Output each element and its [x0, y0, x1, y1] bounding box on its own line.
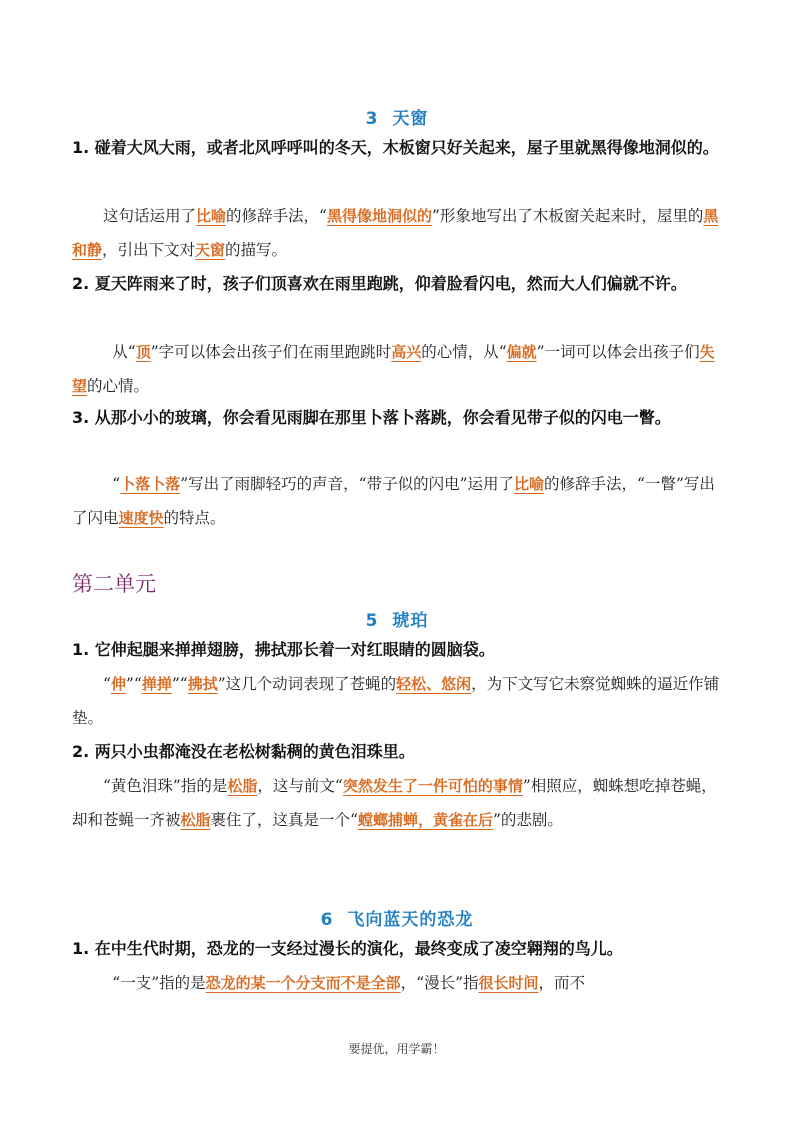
answer-text: “一支”指的是	[112, 974, 205, 992]
answer-text: ，“漫长”指	[401, 974, 479, 992]
page-footer: 要提优，用学霸！	[0, 1040, 793, 1057]
answer: “伸”“掸掸”“拂拭”这几个动词表现了苍蝇的轻松、悠闲，为下文写它未察觉蜘蛛的逼…	[72, 667, 722, 735]
answer-text: ，而不	[539, 974, 586, 992]
answer: “卜落卜落”写出了雨脚轻巧的声音，“带子似的闪电”运用了比喻的修辞手法，“一瞥”…	[72, 467, 722, 535]
lesson-number: 6	[321, 910, 334, 930]
answer-text: 裹住了，这真是一个“	[211, 811, 358, 829]
answer-keyword: 很长时间	[479, 974, 539, 992]
answer-keyword: 螳螂捕蝉，黄雀在后	[358, 811, 493, 829]
question: 1. 它伸起腿来掸掸翅膀，拂拭那长着一对红眼睛的圆脑袋。	[72, 633, 722, 667]
answer-text: ”字可以体会出孩子们在雨里跑跳时	[151, 343, 391, 361]
answer: 这句话运用了比喻的修辞手法，“黑得像地洞似的”形象地写出了木板窗关起来时，屋里的…	[72, 199, 722, 267]
answer-text: ”形象地写出了木板窗关起来时，屋里的	[432, 207, 703, 225]
answer-keyword: 天窗	[195, 241, 225, 259]
answer-text: “	[103, 675, 111, 693]
question: 1. 在中生代时期，恐龙的一支经过漫长的演化，最终变成了凌空翱翔的鸟儿。	[72, 932, 722, 966]
answer-keyword: 伸	[111, 675, 126, 693]
question: 3. 从那小小的玻璃，你会看见雨脚在那里卜落卜落跳，你会看见带子似的闪电一瞥。	[72, 401, 722, 435]
lesson-name: 琥珀	[392, 611, 428, 631]
lesson-number: 5	[366, 611, 379, 631]
lesson-number: 3	[366, 109, 379, 129]
answer-keyword: 卜落卜落	[120, 475, 180, 493]
answer-keyword: 松脂	[181, 811, 211, 829]
answer-text: ”的悲剧。	[493, 811, 563, 829]
answer-keyword: 速度快	[119, 509, 164, 527]
answer-text: ”一词可以体会出孩子们	[537, 343, 700, 361]
question: 1. 碰着大风大雨，或者北风呼呼叫的冬天，木板窗只好关起来，屋子里就黑得像地洞似…	[72, 131, 722, 165]
answer-text: 的描写。	[225, 241, 287, 259]
answer-text: ”这几个动词表现了苍蝇的	[218, 675, 396, 693]
answer-keyword: 恐龙的某一个分支而不是全部	[206, 974, 401, 992]
answer-keyword: 黑得像地洞似的	[327, 207, 432, 225]
answer-text: ”“	[126, 675, 142, 693]
answer-text: ”“	[172, 675, 188, 693]
lesson-title-3: 3天窗	[72, 104, 722, 129]
answer-text: 的特点。	[164, 509, 226, 527]
answer: 从“顶”字可以体会出孩子们在雨里跑跳时高兴的心情，从“偏就”一词可以体会出孩子们…	[72, 335, 722, 403]
lesson-title-6: 6飞向蓝天的恐龙	[72, 905, 722, 930]
lesson-name: 飞向蓝天的恐龙	[347, 910, 473, 930]
answer-text: ，这与前文“	[257, 777, 342, 795]
lesson-name: 天窗	[392, 109, 428, 129]
answer-keyword: 突然发生了一件可怕的事情	[343, 777, 523, 795]
question: 2. 夏天阵雨来了时，孩子们顶喜欢在雨里跑跳，仰着脸看闪电，然而大人们偏就不许。	[72, 267, 722, 301]
answer-keyword: 松脂	[227, 777, 257, 795]
answer-text: 的心情。	[87, 377, 149, 395]
question: 2. 两只小虫都淹没在老松树黏稠的黄色泪珠里。	[72, 735, 722, 769]
answer: “黄色泪珠”指的是松脂，这与前文“突然发生了一件可怕的事情”相照应，蜘蛛想吃掉苍…	[72, 769, 722, 837]
answer-keyword: 高兴	[391, 343, 421, 361]
lesson-title-5: 5琥珀	[72, 606, 722, 631]
answer-keyword: 拂拭	[188, 675, 218, 693]
answer-keyword: 偏就	[507, 343, 537, 361]
answer-text: “黄色泪珠”指的是	[103, 777, 227, 795]
answer-text: ，引出下文对	[102, 241, 195, 259]
answer-text: 的心情，从“	[421, 343, 506, 361]
answer-keyword: 掸掸	[142, 675, 172, 693]
answer: “一支”指的是恐龙的某一个分支而不是全部，“漫长”指很长时间，而不	[72, 966, 722, 1000]
answer-text: ”写出了雨脚轻巧的声音，“带子似的闪电”运用了	[180, 475, 514, 493]
answer-text: 这句话运用了	[103, 207, 196, 225]
answer-keyword: 轻松、悠闲	[396, 675, 471, 693]
answer-keyword: 顶	[136, 343, 151, 361]
answer-text: 从“	[112, 343, 135, 361]
answer-keyword: 比喻	[196, 207, 226, 225]
unit-title: 第二单元	[72, 568, 156, 598]
answer-text: 的修辞手法，“	[226, 207, 327, 225]
answer-keyword: 比喻	[514, 475, 544, 493]
